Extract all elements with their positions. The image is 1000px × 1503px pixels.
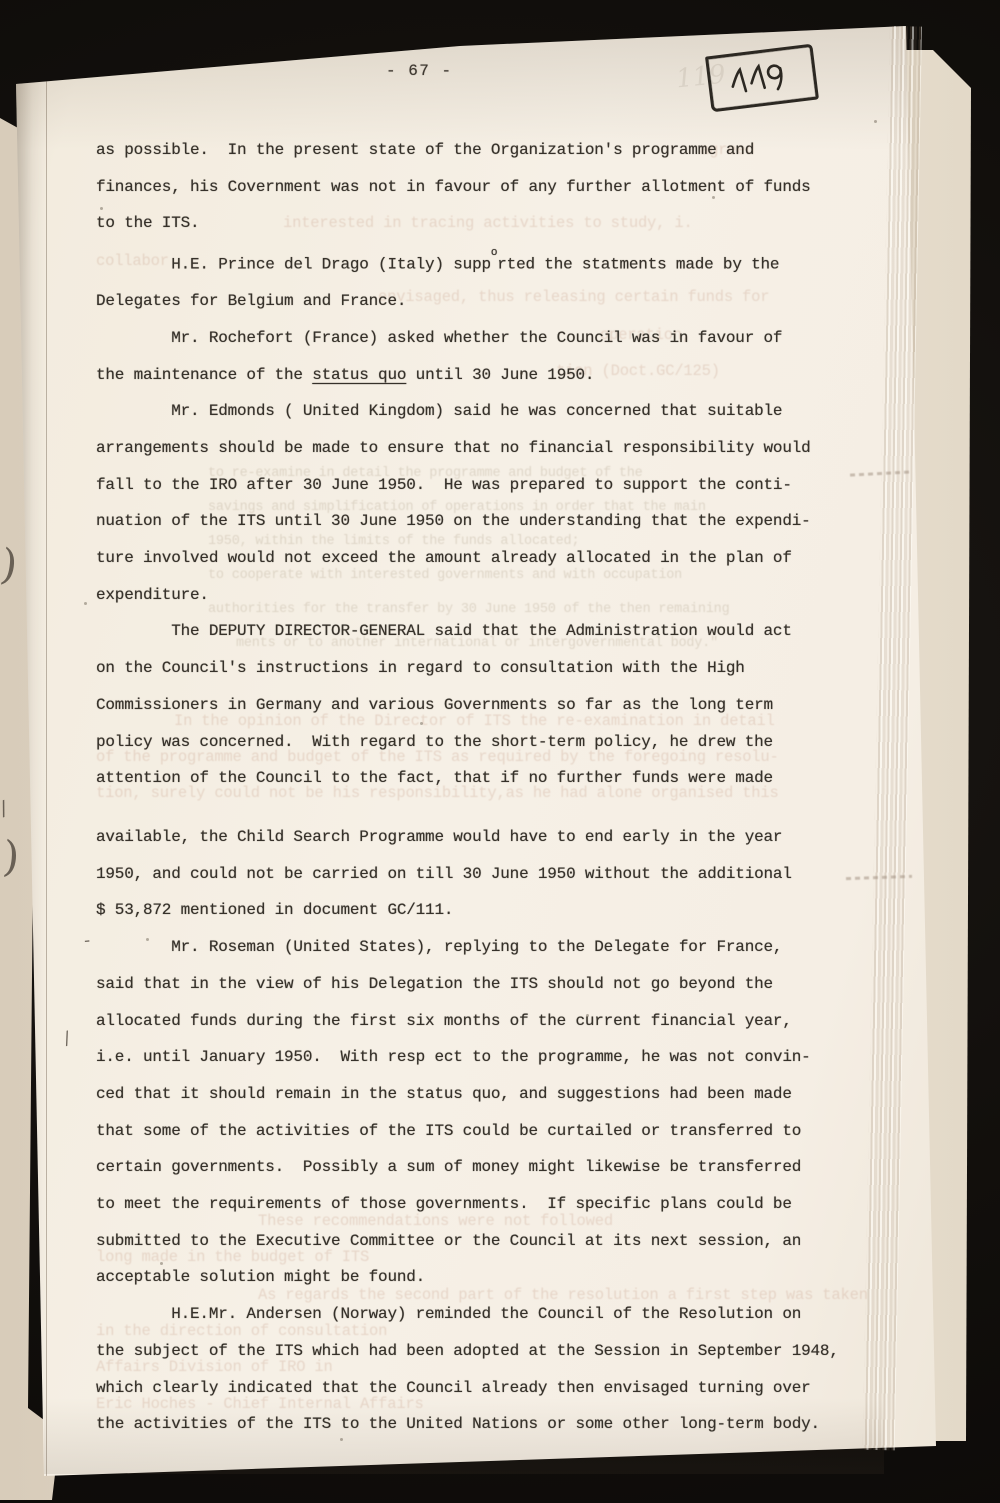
- dust-speck: [100, 207, 103, 210]
- paragraph: H.E.Mr. Andersen (Norway) reminded the C…: [96, 1296, 848, 1443]
- dust-speck: [420, 722, 423, 725]
- paragraph: H.E. Prince del Drago (Italy) supported …: [96, 242, 848, 320]
- scanned-document-page: agreedinterested in tracing activities t…: [0, 0, 1000, 1503]
- paragraph: Mr. Rochefort (France) asked whether the…: [96, 320, 848, 393]
- dust-speck: [712, 196, 715, 199]
- dust-speck: [586, 1014, 589, 1017]
- document-body: as possible. In the present state of the…: [96, 132, 848, 1443]
- dust-speck: [146, 938, 149, 941]
- paragraph: Mr. Roseman (United States), replying to…: [96, 929, 848, 1296]
- paragraph: as possible. In the present state of the…: [96, 132, 848, 242]
- dust-speck: [874, 120, 877, 123]
- dust-speck: [340, 1438, 343, 1441]
- paragraph: Mr. Edmonds ( United Kingdom) said he wa…: [96, 393, 848, 613]
- dust-speck: [160, 1262, 163, 1265]
- dust-speck: [84, 602, 87, 605]
- page-number: - 67 -: [386, 62, 453, 80]
- paragraph: available, the Child Search Programme wo…: [96, 819, 848, 929]
- dust-speck: [520, 372, 523, 375]
- paragraph: The DEPUTY DIRECTOR-GENERAL said that th…: [96, 613, 848, 797]
